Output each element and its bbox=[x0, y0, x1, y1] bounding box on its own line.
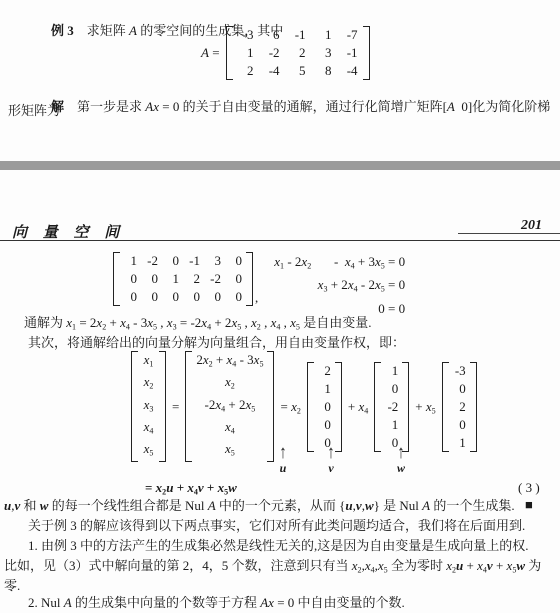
solve-line-2: 形矩阵为 bbox=[8, 103, 60, 119]
right-bracket bbox=[159, 351, 166, 462]
left-bracket bbox=[226, 26, 233, 80]
left-bracket bbox=[442, 362, 449, 452]
header-rule-short bbox=[458, 233, 560, 234]
page-number: 201 bbox=[521, 218, 542, 234]
paragraph-fact-2: 2. Nul A 的生成集中向量的个数等于方程 Ax = 0 中自由变量的个数. bbox=[28, 595, 405, 611]
coefficient-x4: + x4 bbox=[348, 399, 368, 415]
paragraph-fact-1-cont: 比如，见（3）式中解向量的第 2，4，5 个数，注意到只有当 x2,x4,x5 … bbox=[4, 558, 541, 578]
equation-2: x3 + 2x4 - 2x5 = 0 bbox=[318, 275, 405, 298]
u-pointer: ↑ u bbox=[270, 444, 296, 475]
v-vector: 10-210 bbox=[374, 362, 409, 452]
up-arrow-icon: ↑ bbox=[279, 442, 287, 465]
example-label: 例 3 bbox=[51, 23, 74, 38]
equation-3: 0 = 0 bbox=[378, 299, 405, 318]
left-bracket bbox=[307, 362, 314, 452]
paragraph-two-facts: 关于例 3 的解应该得到以下两点事实，它们对所有此类问题均适合，我们将在后面用到… bbox=[28, 518, 525, 534]
header-rule bbox=[0, 240, 560, 241]
equation-1: x1 - 2x2 - x4 + 3x5 = 0 bbox=[274, 252, 405, 275]
running-head-title: 向 量 空 间 bbox=[12, 221, 125, 242]
x-vector: x1x2x3x4x5 bbox=[131, 351, 166, 462]
matrix-comma: , bbox=[255, 290, 258, 306]
right-bracket bbox=[246, 252, 253, 306]
expression-vector: 2x2 + x4 - 3x5x2-2x4 + 2x5x4x5 bbox=[185, 351, 274, 462]
v-pointer: ↑ v bbox=[318, 444, 344, 475]
paragraph-fact-1-end: 零. bbox=[4, 578, 20, 594]
w-vector: -30201 bbox=[442, 362, 477, 452]
page-break-bar bbox=[0, 161, 560, 170]
matrix-a-display: A = -36-11-71-223-12-458-4 bbox=[198, 26, 373, 80]
left-bracket bbox=[374, 362, 381, 452]
qed-icon: ■ bbox=[525, 497, 533, 513]
right-bracket bbox=[335, 362, 342, 452]
u-vector: 21000 bbox=[307, 362, 342, 452]
right-bracket bbox=[363, 26, 370, 80]
general-solution-line: 通解为 x1 = 2x2 + x4 - 3x5 , x3 = -2x4 + 2x… bbox=[24, 315, 371, 335]
equation-number: ( 3 ) bbox=[518, 480, 540, 496]
paragraph-fact-1: 1. 由例 3 中的方法产生的生成集必然是线性无关的,这是因为自由变量是生成向量… bbox=[28, 538, 529, 554]
equals-sign: = bbox=[172, 399, 179, 415]
left-bracket bbox=[131, 351, 138, 462]
solve-line-1: 解 第一步是求 Ax = 0 的关于自由变量的通解，通过行化简增广矩阵[A 0]… bbox=[38, 83, 550, 131]
decompose-line: 其次，将通解给出的向量分解为向量组合，用自由变量作权，即： bbox=[28, 335, 405, 351]
left-bracket bbox=[185, 351, 192, 462]
paragraph-span-set: u,v 和 w 的每一个线性组合都是 Nul A 中的一个元素，从而 {u,v,… bbox=[4, 498, 515, 514]
left-bracket bbox=[113, 252, 120, 306]
rref-matrix: 1-20-1300012-20000000 bbox=[113, 252, 253, 306]
up-arrow-icon: ↑ bbox=[397, 442, 405, 465]
w-pointer: ↑ w bbox=[388, 444, 414, 475]
coefficient-x5: + x5 bbox=[415, 399, 435, 415]
coefficient-x2: = x2 bbox=[280, 399, 300, 415]
matrix-a-label: A = bbox=[201, 45, 220, 61]
vector-decomposition: x1x2x3x4x5 = 2x2 + x4 - 3x5x2-2x4 + 2x5x… bbox=[128, 351, 480, 462]
textbook-page-scan: 例 3 求矩阵 A 的零空间的生成集，其中 A = -36-11-71-223-… bbox=[0, 0, 560, 613]
right-bracket bbox=[402, 362, 409, 452]
equation-system: x1 - 2x2 - x4 + 3x5 = 0 x3 + 2x4 - 2x5 =… bbox=[274, 252, 405, 318]
rref-and-equations: 1-20-1300012-20000000 , x1 - 2x2 - x4 + … bbox=[113, 252, 405, 318]
right-bracket bbox=[470, 362, 477, 452]
solve-text: 第一步是求 Ax = 0 的关于自由变量的通解，通过行化简增广矩阵[A 0]化为… bbox=[64, 99, 550, 114]
matrix-a: -36-11-71-223-12-458-4 bbox=[226, 26, 370, 80]
up-arrow-icon: ↑ bbox=[327, 442, 335, 465]
